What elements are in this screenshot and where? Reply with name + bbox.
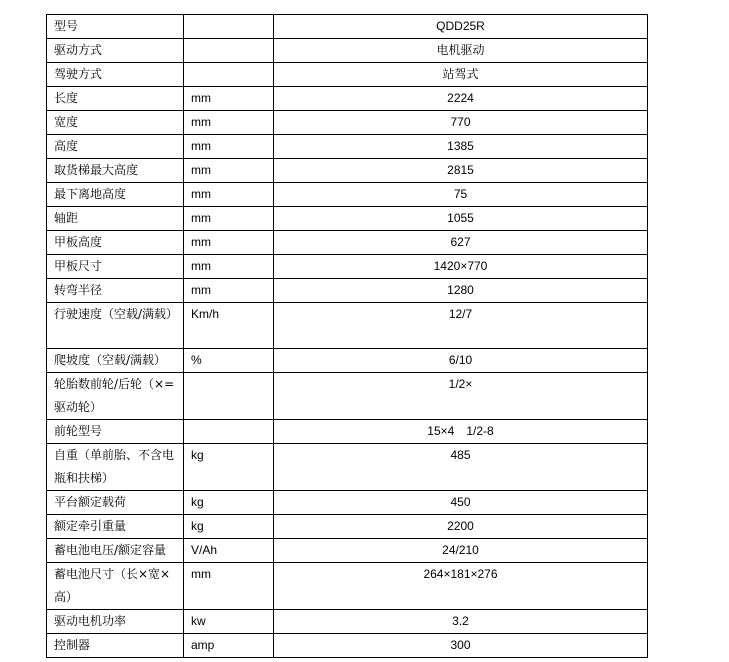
row-label: 最下离地高度: [47, 183, 184, 207]
row-value: 2200: [274, 515, 648, 539]
table-row: 型号QDD25R: [47, 15, 648, 39]
row-label: 自重（单前胎、不含电瓶和扶梯）: [47, 444, 184, 491]
row-label: 平台额定载荷: [47, 491, 184, 515]
row-value: 627: [274, 231, 648, 255]
row-label: 轮胎数前轮/后轮（×=驱动轮）: [47, 373, 184, 420]
row-unit: mm: [184, 159, 274, 183]
row-value: 300: [274, 634, 648, 658]
row-label: 蓄电池尺寸（长×宽×高）: [47, 563, 184, 610]
row-label: 宽度: [47, 111, 184, 135]
table-row: 长度mm2224: [47, 87, 648, 111]
row-label: 转弯半径: [47, 279, 184, 303]
table-row: 取货梯最大高度mm2815: [47, 159, 648, 183]
row-unit: mm: [184, 255, 274, 279]
row-value: 站驾式: [274, 63, 648, 87]
row-unit: mm: [184, 279, 274, 303]
table-row: 转弯半径mm1280: [47, 279, 648, 303]
row-unit: mm: [184, 563, 274, 610]
table-row: 前轮型号15×4 1/2-8: [47, 420, 648, 444]
table-row: 轮胎数前轮/后轮（×=驱动轮）1/2×: [47, 373, 648, 420]
row-value: 770: [274, 111, 648, 135]
row-value: 450: [274, 491, 648, 515]
row-unit: kw: [184, 610, 274, 634]
row-unit: mm: [184, 111, 274, 135]
table-row: 行驶速度（空载/满载）Km/h12/7: [47, 303, 648, 349]
row-label: 驱动方式: [47, 39, 184, 63]
table-row: 驱动方式电机驱动: [47, 39, 648, 63]
row-value: 485: [274, 444, 648, 491]
row-label: 甲板尺寸: [47, 255, 184, 279]
row-value: 75: [274, 183, 648, 207]
row-unit: mm: [184, 87, 274, 111]
table-row: 额定牵引重量kg2200: [47, 515, 648, 539]
row-unit: Km/h: [184, 303, 274, 349]
table-row: 控制器amp300: [47, 634, 648, 658]
row-unit: amp: [184, 634, 274, 658]
table-row: 爬坡度（空载/满载）%6/10: [47, 349, 648, 373]
row-label: 前轮型号: [47, 420, 184, 444]
row-value: 1385: [274, 135, 648, 159]
row-label: 长度: [47, 87, 184, 111]
row-unit: V/Ah: [184, 539, 274, 563]
row-label: 爬坡度（空载/满载）: [47, 349, 184, 373]
row-unit: kg: [184, 491, 274, 515]
row-label: 取货梯最大高度: [47, 159, 184, 183]
row-value: 6/10: [274, 349, 648, 373]
row-value: 12/7: [274, 303, 648, 349]
row-unit: [184, 39, 274, 63]
row-value: 1420×770: [274, 255, 648, 279]
row-value: 264×181×276: [274, 563, 648, 610]
table-row: 蓄电池电压/额定容量V/Ah24/210: [47, 539, 648, 563]
row-value: 2815: [274, 159, 648, 183]
row-value: 电机驱动: [274, 39, 648, 63]
row-unit: mm: [184, 231, 274, 255]
table-row: 甲板尺寸mm1420×770: [47, 255, 648, 279]
table-row: 宽度mm770: [47, 111, 648, 135]
row-value: 2224: [274, 87, 648, 111]
row-value: QDD25R: [274, 15, 648, 39]
row-label: 高度: [47, 135, 184, 159]
spec-table: 型号QDD25R 驱动方式电机驱动 驾驶方式站驾式 长度mm2224 宽度mm7…: [46, 14, 648, 658]
row-label: 甲板高度: [47, 231, 184, 255]
row-unit: %: [184, 349, 274, 373]
row-value: 3.2: [274, 610, 648, 634]
row-unit: [184, 63, 274, 87]
table-row: 平台额定载荷kg450: [47, 491, 648, 515]
row-label: 轴距: [47, 207, 184, 231]
row-unit: mm: [184, 135, 274, 159]
row-label: 控制器: [47, 634, 184, 658]
row-unit: [184, 420, 274, 444]
table-row: 甲板高度mm627: [47, 231, 648, 255]
row-label: 行驶速度（空载/满载）: [47, 303, 184, 349]
row-value: 15×4 1/2-8: [274, 420, 648, 444]
row-unit: [184, 373, 274, 420]
row-unit: [184, 15, 274, 39]
table-row: 最下离地高度mm75: [47, 183, 648, 207]
row-unit: mm: [184, 207, 274, 231]
row-value: 24/210: [274, 539, 648, 563]
row-unit: mm: [184, 183, 274, 207]
table-row: 蓄电池尺寸（长×宽×高）mm264×181×276: [47, 563, 648, 610]
table-row: 驱动电机功率kw3.2: [47, 610, 648, 634]
row-label: 驱动电机功率: [47, 610, 184, 634]
row-label: 型号: [47, 15, 184, 39]
row-value: 1055: [274, 207, 648, 231]
table-row: 高度mm1385: [47, 135, 648, 159]
row-value: 1280: [274, 279, 648, 303]
table-row: 驾驶方式站驾式: [47, 63, 648, 87]
row-value: 1/2×: [274, 373, 648, 420]
row-label: 驾驶方式: [47, 63, 184, 87]
table-row: 轴距mm1055: [47, 207, 648, 231]
row-unit: kg: [184, 444, 274, 491]
row-label: 蓄电池电压/额定容量: [47, 539, 184, 563]
row-unit: kg: [184, 515, 274, 539]
row-label: 额定牵引重量: [47, 515, 184, 539]
table-row: 自重（单前胎、不含电瓶和扶梯）kg485: [47, 444, 648, 491]
